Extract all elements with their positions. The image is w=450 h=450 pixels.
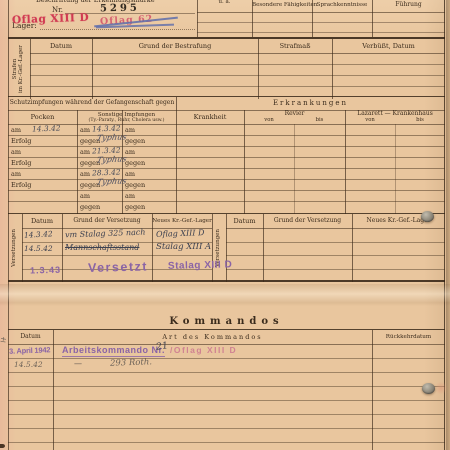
bis-label: bis [395, 118, 445, 124]
column-header: Datum [226, 218, 263, 225]
pow-record-card: Beschriftung der Erkennungsmarke Nr. 529… [0, 0, 450, 450]
column-header: Datum [8, 334, 53, 341]
paper-tear [435, 381, 447, 395]
handwritten-date: 14.3.42 [32, 124, 61, 134]
punishments-table: Strafen im Kr.-Gef.-Lager Datum Grund de… [8, 37, 445, 97]
transfer-reason: vm Stalag 325 nach [65, 228, 146, 240]
work-detail-date-stamp: 3. April 1942 [9, 345, 51, 355]
column-subheader: (Ty.-Paraty., Ruhr, Cholera usw.) [77, 118, 176, 123]
rivet-icon [421, 211, 434, 222]
handwritten-number: 21 [155, 340, 169, 353]
work-details-title: Kommandos [8, 316, 445, 327]
column-header: Grund der Bestrafung [92, 43, 258, 50]
transfer-date: 14.3.42 [24, 229, 53, 239]
transfer-new-camp: Oflag XIII D [156, 228, 205, 239]
column-header: Grund der Versetzung [263, 218, 352, 225]
transfer-new-camp: Stalag XIII A [156, 242, 211, 252]
id-tag-section: Beschriftung der Erkennungsmarke Nr. 529… [8, 0, 197, 37]
column-header: Charaktereigenschaften u. a. [199, 0, 250, 6]
traits-table: Charaktereigenschaften u. a. Besondere F… [197, 0, 445, 37]
fold-crease [0, 284, 450, 306]
table-row: gegen gegen [8, 201, 445, 213]
column-header: Datum [22, 218, 62, 225]
von-label: von [244, 118, 294, 124]
column-header: Art des Kommandos [53, 334, 372, 341]
vaccinations-illnesses-table: Schutzimpfungen während der Gefangenscha… [8, 97, 445, 214]
camp-stamp: Oflag XIII D [12, 12, 89, 27]
vaccination-rows: am 14.3.42 am 14.3.42 am Erfolg gegen Ty… [8, 124, 445, 214]
column-header: Grund der Versetzung [62, 218, 152, 225]
transfers-side-label: Versetzungen [11, 216, 19, 280]
stamp-word: Versetzt [88, 259, 148, 275]
handwritten-dash: — [74, 359, 82, 368]
work-detail-date: 14.5.42 [14, 360, 43, 369]
illnesses-header: Erkrankungen [176, 100, 445, 108]
stamp-camp: Stalag XIII D [168, 259, 233, 272]
column-header: Rückkehrdatum [372, 334, 445, 340]
von-label: von [345, 118, 395, 124]
handwritten-word: Typhus [96, 176, 128, 187]
column-header: Sprachkenntnisse [312, 2, 372, 8]
edge-speck [0, 444, 5, 448]
handwritten-word: Typhus [96, 154, 128, 165]
vaccinations-header: Schutzimpfungen während der Gefangenscha… [8, 100, 176, 107]
work-detail-camp-stamp: /Oflag XIII D [170, 345, 237, 355]
work-details-table: Datum Art des Kommandos Rückkehrdatum 3.… [8, 329, 445, 450]
transfers-table: Versetzungen Versetzungen Datum Grund de… [8, 214, 445, 282]
column-header: Sonstige Impfungen [77, 112, 176, 118]
handwritten-word: Typhus [96, 132, 128, 143]
margin-mark: ± [0, 334, 7, 344]
column-header: Neues Kr.-Gef.-Lager [152, 218, 212, 224]
column-header: Verbüßt, Datum [332, 43, 445, 50]
column-header: Datum [30, 43, 92, 50]
rivet-icon [422, 383, 435, 394]
work-detail-text: 293 Roth. [110, 357, 152, 368]
column-header: Pocken [8, 114, 77, 121]
transfer-reason-crossed: Mannschaftsstand [65, 243, 139, 252]
camp-line [40, 29, 195, 30]
transfer-date: 14.5.42 [24, 244, 53, 253]
column-header: Besondere Fähigkeiten [252, 2, 312, 8]
transfer-stamp: 1.3.43 Versetzt Stalag XIII D [22, 254, 233, 281]
punishments-side-label: Strafen im Kr.-Gef.-Lager [12, 41, 26, 97]
work-detail-stamp: Arbeitskommando Nr. [62, 345, 165, 357]
stamp-date: 1.3.43 [30, 265, 61, 276]
tag-number-value: 5295 [100, 3, 140, 15]
column-header: Krankheit [176, 114, 244, 121]
bis-label: bis [294, 118, 345, 124]
column-header: Führung [372, 2, 445, 9]
column-header: Strafmaß [258, 43, 332, 50]
